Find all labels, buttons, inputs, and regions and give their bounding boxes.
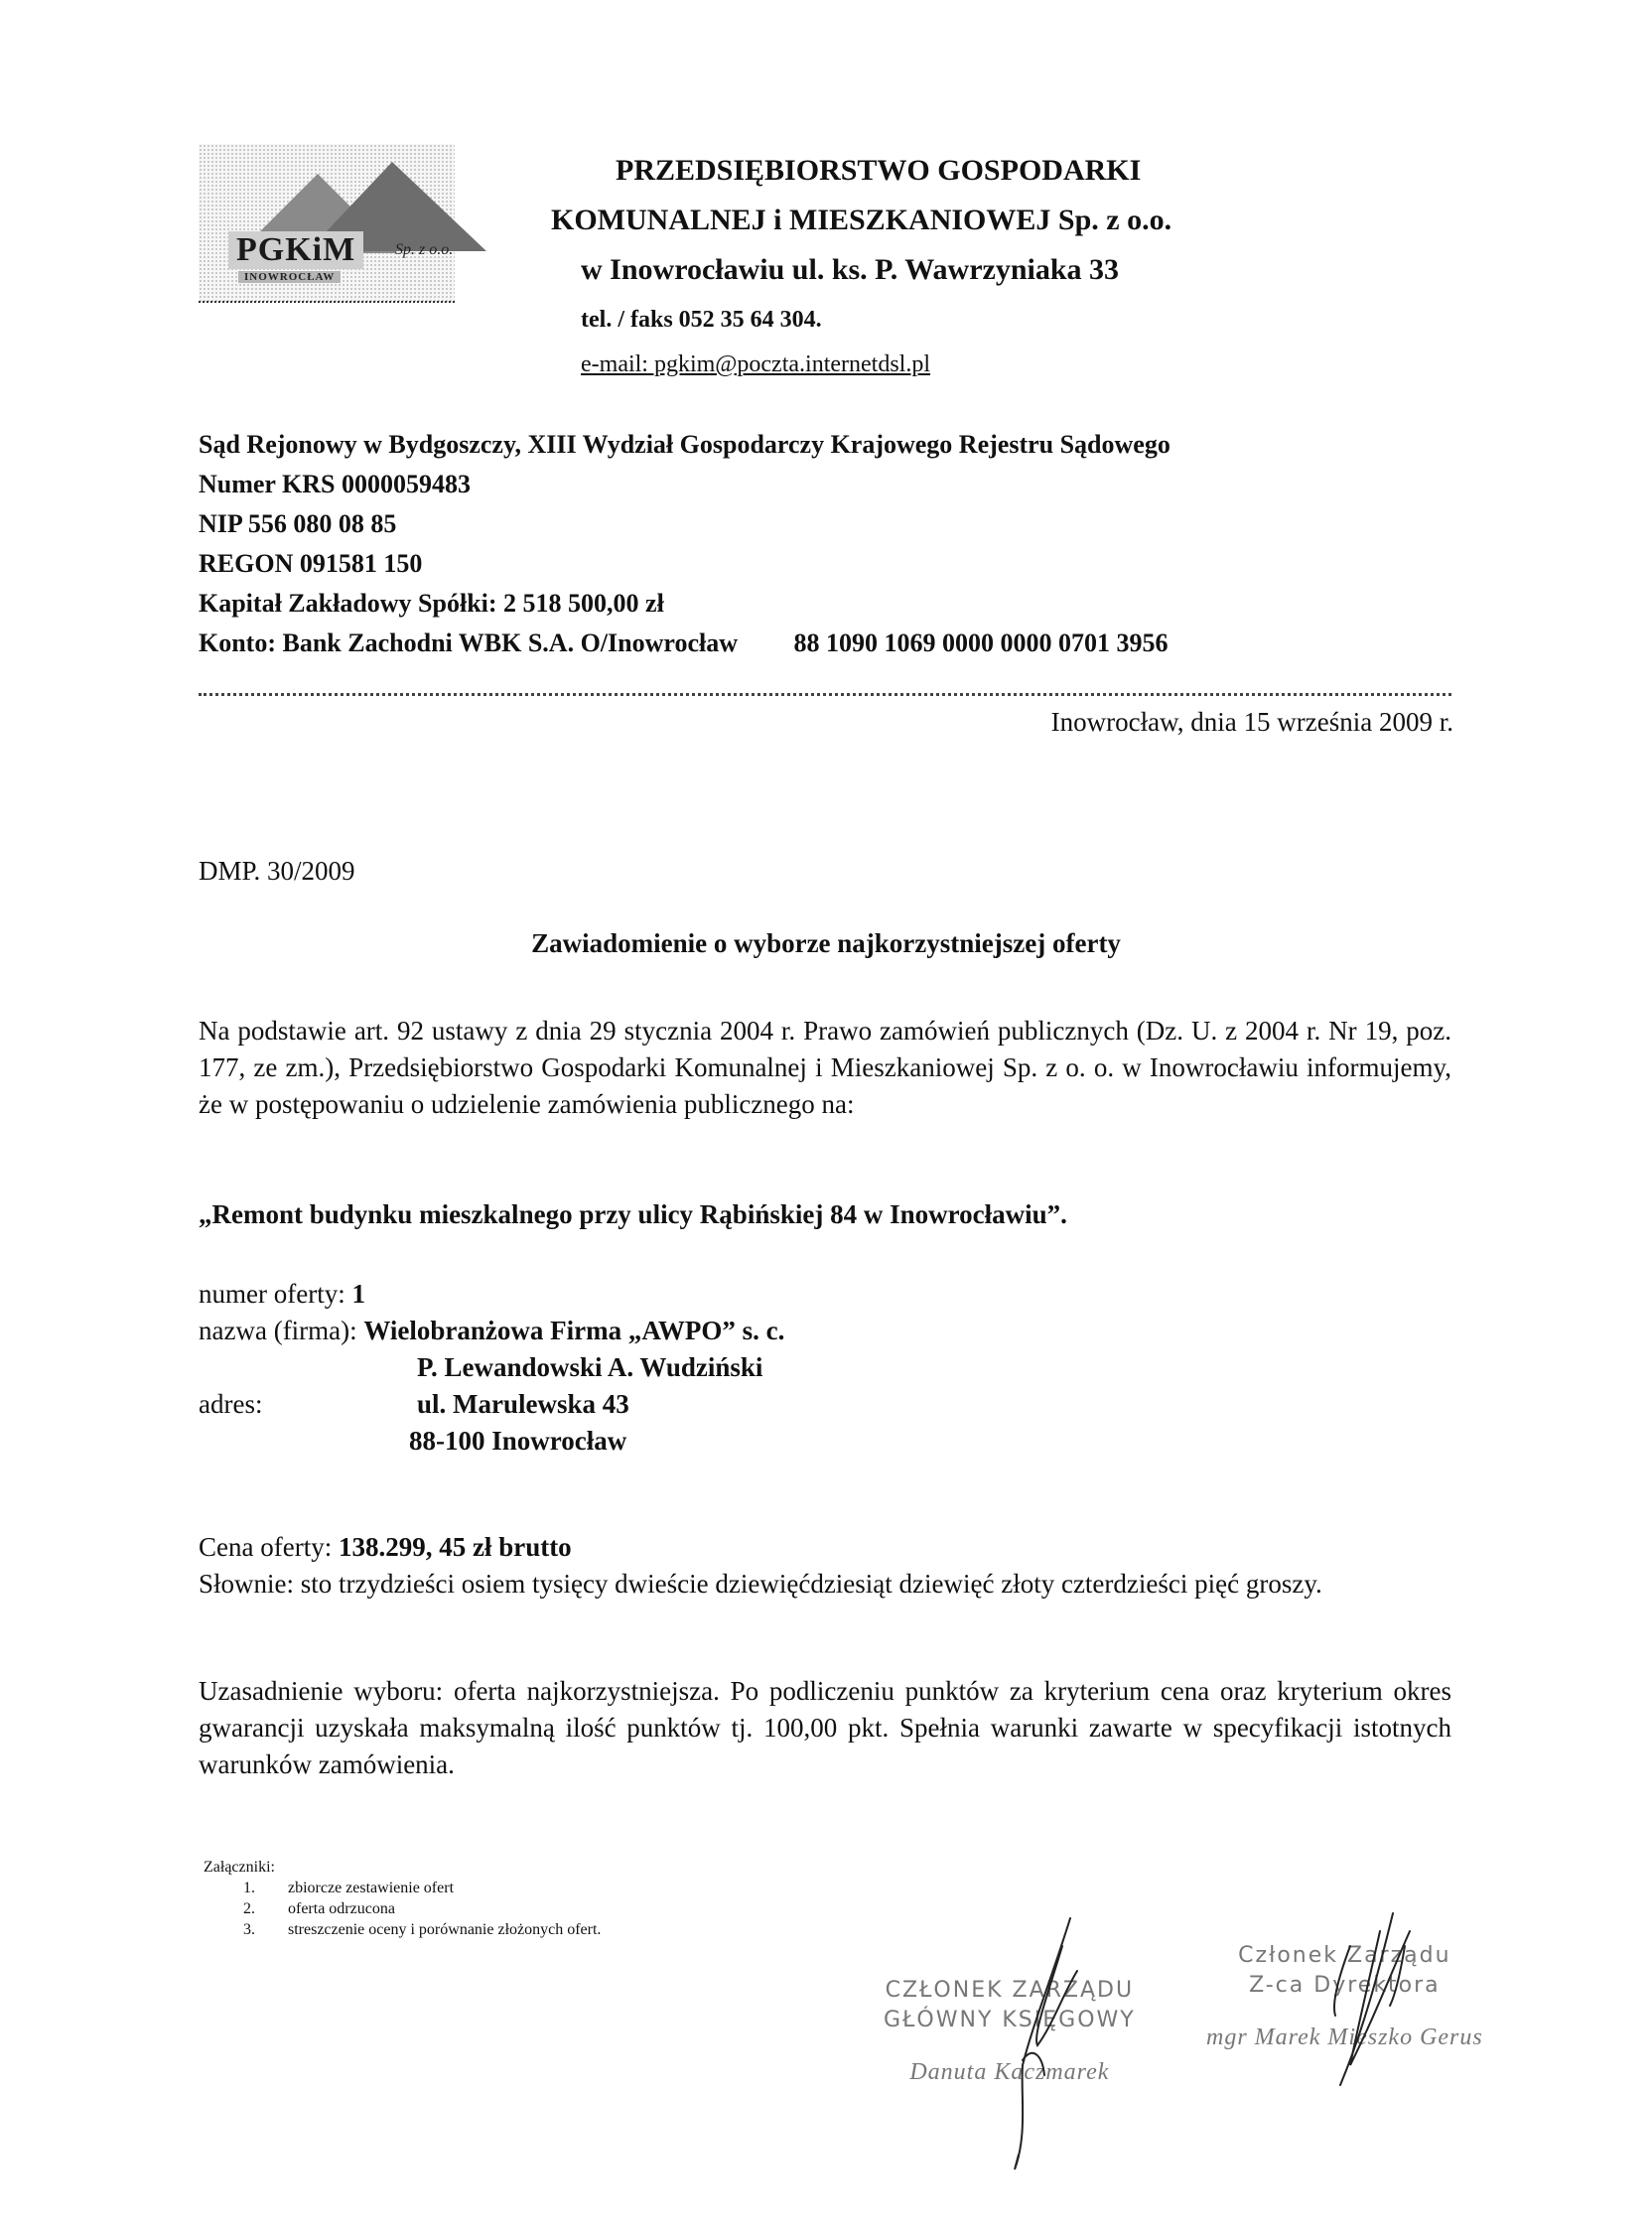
company-name-line2: KOMUNALNEJ i MIESZKANIOWEJ Sp. z o.o. <box>551 199 1171 242</box>
bank-account: Konto: Bank Zachodni WBK S.A. O/Inowrocł… <box>199 624 1170 663</box>
offer-number: 1 <box>351 1276 365 1313</box>
offer-address-row: adres:ul. Marulewska 43 <box>199 1386 784 1423</box>
court-registry: Sąd Rejonowy w Bydgoszczy, XIII Wydział … <box>199 425 1170 465</box>
offer-address-label: adres: <box>199 1386 417 1423</box>
logo-brand: PGKiM <box>228 231 363 269</box>
stamp-name: mgr Marek Mieszko Gerus <box>1206 2023 1483 2052</box>
offer-details: numer oferty: 1 nazwa (firma): Wielobran… <box>199 1276 784 1460</box>
offer-address-row2: 88-100 Inowrocław <box>199 1423 784 1460</box>
logo-suffix: Sp. z o.o. <box>395 241 453 259</box>
bank-account-label: Konto: Bank Zachodni WBK S.A. O/Inowrocł… <box>199 628 738 657</box>
attachment-text: zbiorcze zestawienie ofert <box>288 1878 454 1898</box>
price-section: Cena oferty: 138.299, 45 zł brutto Słown… <box>199 1529 1451 1603</box>
company-phone: tel. / faks 052 35 64 304. <box>581 298 822 342</box>
nip-number: NIP 556 080 08 85 <box>199 504 1170 544</box>
stamp-line2: Z-ca Dyrektora <box>1206 1971 1483 2001</box>
stamp-name: Danuta Kaczmarek <box>884 2057 1136 2087</box>
intro-paragraph: Na podstawie art. 92 ustawy z dnia 29 st… <box>199 1013 1451 1123</box>
offer-address-line1: ul. Marulewska 43 <box>417 1386 629 1423</box>
price-row: Cena oferty: 138.299, 45 zł brutto <box>199 1529 1451 1566</box>
signature-stamp-deputy-director: Członek Zarządu Z-ca Dyrektora mgr Marek… <box>1206 1941 1483 2052</box>
attachments: Załączniki: 1.zbiorcze zestawienie ofert… <box>204 1857 601 1940</box>
offer-name-line1: Wielobranżowa Firma „AWPO” s. c. <box>363 1313 784 1349</box>
signature-stamp-accountant: CZŁONEK ZARZĄDU GŁÓWNY KSIĘGOWY Danuta K… <box>884 1976 1136 2087</box>
procurement-subject: „Remont budynku mieszkalnego przy ulicy … <box>199 1199 1067 1230</box>
attachments-label: Załączniki: <box>204 1857 601 1878</box>
company-logo: PGKiM Sp. z o.o. INOWROCŁAW <box>199 144 455 303</box>
offer-name-row: nazwa (firma): Wielobranżowa Firma „AWPO… <box>199 1313 784 1349</box>
document-date: Inowrocław, dnia 15 września 2009 r. <box>1051 707 1453 738</box>
attachment-number: 1. <box>243 1878 288 1898</box>
company-email-link[interactable]: e-mail: pgkim@poczta.internetdsl.pl <box>581 343 930 386</box>
company-name-line1: PRZEDSIĘBIORSTWO GOSPODARKI <box>616 149 1141 193</box>
attachment-text: streszczenie oceny i porównanie złożonyc… <box>288 1919 601 1940</box>
attachment-text: oferta odrzucona <box>288 1898 395 1919</box>
attachment-item: 1.zbiorcze zestawienie ofert <box>243 1878 601 1898</box>
attachment-item: 2.oferta odrzucona <box>243 1898 601 1919</box>
company-address: w Inowrocławiu ul. ks. P. Wawrzyniaka 33 <box>581 248 1119 292</box>
document-title: Zawiadomienie o wyborze najkorzystniejsz… <box>0 928 1652 959</box>
stamp-line1: CZŁONEK ZARZĄDU <box>884 1976 1136 2006</box>
krs-number: Numer KRS 0000059483 <box>199 465 1170 504</box>
stamp-line2: GŁÓWNY KSIĘGOWY <box>884 2006 1136 2035</box>
logo-city: INOWROCŁAW <box>238 271 341 283</box>
attachment-number: 3. <box>243 1919 288 1940</box>
attachment-item: 3.streszczenie oceny i porównanie złożon… <box>243 1919 601 1940</box>
stamp-line1: Członek Zarządu <box>1206 1941 1483 1971</box>
registry-block: Sąd Rejonowy w Bydgoszczy, XIII Wydział … <box>199 425 1170 663</box>
spacer <box>199 1349 417 1386</box>
regon-number: REGON 091581 150 <box>199 544 1170 584</box>
bank-account-number: 88 1090 1069 0000 0000 0701 3956 <box>794 628 1169 657</box>
justification-paragraph: Uzasadnienie wyboru: oferta najkorzystni… <box>199 1673 1451 1783</box>
offer-name-label: nazwa (firma): <box>199 1313 357 1349</box>
price-label: Cena oferty: <box>199 1532 332 1562</box>
dotted-divider <box>199 693 1451 698</box>
offer-name-row2: P. Lewandowski A. Wudziński <box>199 1349 784 1386</box>
offer-number-label: numer oferty: <box>199 1276 345 1313</box>
share-capital: Kapitał Zakładowy Spółki: 2 518 500,00 z… <box>199 584 1170 624</box>
spacer <box>199 1423 409 1460</box>
price-value: 138.299, 45 zł brutto <box>339 1532 572 1562</box>
price-in-words: Słownie: sto trzydzieści osiem tysięcy d… <box>199 1566 1451 1603</box>
attachment-number: 2. <box>243 1898 288 1919</box>
offer-number-row: numer oferty: 1 <box>199 1276 784 1313</box>
offer-address-line2: 88-100 Inowrocław <box>409 1423 626 1460</box>
document-reference: DMP. 30/2009 <box>199 856 355 887</box>
offer-name-line2: P. Lewandowski A. Wudziński <box>417 1349 762 1386</box>
